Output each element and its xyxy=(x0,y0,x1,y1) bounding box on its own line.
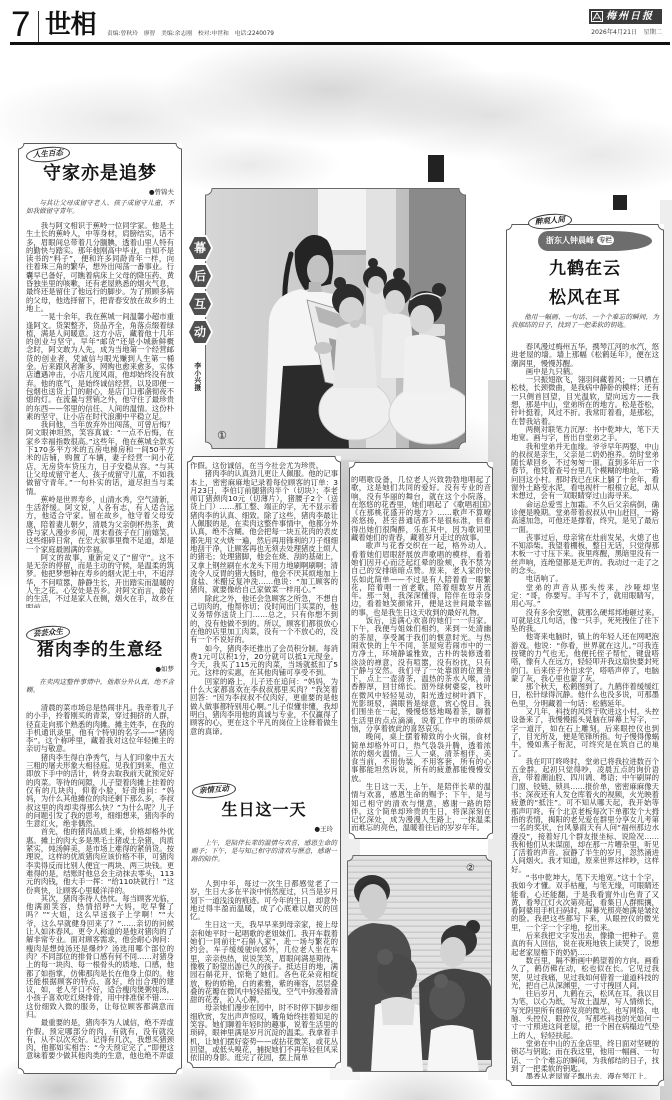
photo-number: ② xyxy=(466,864,475,874)
article-title-line-1: 九鹤在云 xyxy=(506,261,664,278)
paragraph: 猪肉李的认真劲儿更让人佩服。他的记事本上，密密麻麻地记录着每位顾客的订单：3月2… xyxy=(190,470,338,594)
paragraph: 又几年，科技的风终于吹进这小村。头控设备来了，我慢慢摇头晃脑在屏幕上写字，一字一… xyxy=(511,708,659,758)
column-banner: 浙东人钟晨峰专栏 xyxy=(538,231,652,251)
header-divider xyxy=(38,11,39,42)
article-body-continued: 的唱歌设备，几位老人兴致勃勃地唱起了歌，这是她们共同的爱好。没有专业的音响，没有… xyxy=(351,476,491,832)
paragraph: 堂弟在中山的五金店里，终日面对坚硬的锁芯与钥匙；而在我这里，他用一幅画、一句话、… xyxy=(511,1040,659,1073)
paragraph: 命运总爱雪上加霜。不久后父亲病倒，确诊便是晚期。堂弟带着叔叔从中山赶回，一路高速… xyxy=(511,501,659,534)
article-frame-right: 醉观人间 浙东人钟晨峰专栏 九鹤在云 松风在耳 他用一幅画、一句话、一个个难忘的… xyxy=(506,224,664,1086)
article-lead: 在卖肉这整件事情中，他都分外认真，绝不含糊。 xyxy=(26,678,174,694)
article-title: 猪肉李的生意经 xyxy=(18,642,182,659)
paragraph: 一晃十余年，我在蕉城一间温馨小超市重逢阿文。货架整齐，货品齐全，角落点缀着绿植，… xyxy=(26,313,174,421)
decorative-block xyxy=(428,155,444,182)
decorative-block xyxy=(613,195,627,210)
issue-date: 2026年4月21日 星期二 xyxy=(591,30,662,36)
paragraph: 生日这一天，我早早来到母亲家，接上母亲和她平时一起唱歌的老姐妹们。我开车载着她们… xyxy=(190,921,338,1004)
paragraph: 除此之外，他还会急顾客之所急，不想自己切肉的，他帮你切；没时间出门买菜的，他义务… xyxy=(190,595,338,645)
paragraph: 两侧对联笔力沉厚：书中乾坤大，笔下天地宽。画与字，皆出自堂弟之手。 xyxy=(511,426,659,443)
paragraph: 我在叮叮咚咚时，堂弟已将我拉进数百个五金群。起初只觉得吵，凌晨五点的询价语音，带… xyxy=(511,758,659,874)
paragraph: 猪肉李生得白净秀气，与人们印象中五大三粗的屠夫形象大相径庭。见我们到来，他立即放… xyxy=(26,754,174,829)
paragraph: 歌声与花香交织在一起，格外动人。看着她们眉眼舒展放声歌唱的模样，看着她们因开心而… xyxy=(351,542,491,617)
paragraph: 如今，猪肉李还推出了会员积分制。每消费1元可以积1分，20分就可以抵1元现金。今… xyxy=(190,645,338,678)
article-frame-left: 人生百态 守家亦是追梦 ●曾锦夫 与其让父母成留守老人、孩子成留守儿童，不如我做… xyxy=(18,143,182,1074)
paragraph: 没有多余安慰，就那么硬邦邦地砸过来。可就是这几句话，像一只手，死死拽住了往下坠的… xyxy=(511,609,659,634)
paragraph: 的唱歌设备，几位老人兴致勃勃地唱起了歌，这是她们共同的爱好。没有专业的音响，没有… xyxy=(351,476,491,542)
article-author: ●王玲 xyxy=(314,826,333,833)
logo-emblem-icon xyxy=(591,11,603,22)
photo-teachers-with-children xyxy=(347,855,492,1072)
paragraph: 后来我把文字发出去，像撒一把种子。竟真的有人回信，说在夜班地铁上读哭了，说想起老… xyxy=(511,932,659,957)
paragraph: 阿文的故事，重新定义了“留守”。这不是无奈的停留，而是主动的守候，是温柔的筑梦。… xyxy=(26,554,174,608)
article-author: ●曾锦夫 xyxy=(149,189,174,196)
section-title: 世相 xyxy=(45,12,96,38)
article-title: 守家亦是追梦 xyxy=(18,165,182,183)
paragraph: 数百里，隔不断画中鹤望着的方向。画看久了，鹤仿佛在动，松也似在长。它见过我哭，见… xyxy=(511,957,659,990)
article-body: 我与阿文相识于蕉岭一位同学家。他是土生土长的蕉岭人，中等身材，肩膀结实，话不多，… xyxy=(26,222,174,608)
newspaper-logo: 梅州日报 xyxy=(589,9,662,24)
article-title-line-2: 松风在耳 xyxy=(506,290,664,307)
article-frame-middle-left: 作假。这份诚信，在当今社会尤为珍贵。 猪肉李的认真劲儿更让人佩服。他的记事本上，… xyxy=(187,456,341,1068)
article-body: 春风漫过梅州五华，携琴江河的水汽，悠进老屋的墙。墙上那幅《松鹤延年》，便在这潮润… xyxy=(511,343,659,1079)
column-name: 浙东人钟晨峰 xyxy=(546,236,594,245)
paragraph: 那个秋天，松鹤图到了。九鹤伴着缓缓红日，松针绿得沉静。他什么也没多说，可那墨色里… xyxy=(511,683,659,708)
paragraph: 墨香从老屋窗子飘出去，漫在琴江上。 xyxy=(511,1073,659,1079)
paragraph: 清晨的菜市场总是热闹非凡。我牵着儿子的小手，拎着刚买的青菜，穿过拥挤的人群，径直… xyxy=(26,704,174,754)
paragraph: 春风漫过梅州五华，携琴江河的水汽，悠进老屋的墙。墙上那幅《松鹤延年》，便在这潮润… xyxy=(511,343,659,368)
paragraph: 我和堂弟并无血缘。爷爷早年两娶，中山的叔叔是亲生，父亲是二奶奶抱养。幼时堂弟随长… xyxy=(511,443,659,501)
badge-char: 互 xyxy=(189,293,211,315)
article-lead: 与其让父母成留守老人、孩子成留守儿童，不如我做留守青年。 xyxy=(26,199,174,215)
paragraph: 他寄来电脑时，镇上的年轻人还在网吧泡游戏。他说：“你看，世界就在这儿。”可我连按… xyxy=(511,633,659,683)
paragraph: 蕉岭是世界寿乡，山清水秀，空气清新，生活舒缓。阿文说，人各有志，有人适合远方，他… xyxy=(26,496,174,554)
staff-credits: 责编:曾秋玲 廖智 美编:余志刚 校对:申世和 电话:2240079 xyxy=(107,32,274,38)
paragraph: 我问他，当年放弃外出闯荡，可曾后悔？阿文眼神坦然，笑容真诚：“一点不后悔，在家乡… xyxy=(26,421,174,496)
article-body: 人到中年，每过一次生日都感觉老了一岁，生日大多在平淡中悄然度过，只当是岁月划下一… xyxy=(190,880,338,1062)
paragraph: 丧事过后，母亲常在灶前发呆，火熄了也不知添柴。我望着棚板，整日无话，只觉得那木板… xyxy=(511,534,659,575)
paragraph: 母亲她们漫步在园中，时不时停下脚步细细欣赏，发出声声惊叹，嘴角始终挂着知足的笑容… xyxy=(190,1004,338,1062)
article-author: ●如梦 xyxy=(155,666,174,673)
column-suffix: 专栏 xyxy=(597,235,614,245)
paragraph: 回家的路上，儿子还在追问：“妈妈，为什么大家都喜欢在李叔叔那里买肉？”我笑着回答… xyxy=(190,678,338,736)
photo-credit: 李小兴摄 xyxy=(193,362,200,391)
page-number: 7 xyxy=(11,7,30,42)
paragraph: 最重要的是，猪肉李为人诚信，绝不弄虚作假。预定哪部分的肉，有就有，没有就没有，从… xyxy=(26,1019,174,1060)
logo-text: 梅州日报 xyxy=(606,12,654,22)
badge-char: 幕 xyxy=(189,237,211,259)
paragraph: 其次，猪肉李待人热忱。每当顾客光临，他满面笑容，热情招呼“大妈，吃早餐了吗？”“… xyxy=(26,895,174,1019)
article-lead: 上午，是陪伴长辈的温情与欢喜，感恩生命的赐予；下午，是与知己相守的清欢与惬意，感… xyxy=(191,839,337,864)
paragraph: 一只振翅欲飞，翎羽间藏着风；一只栖在松枝，长颈微曲，是我病中静卧的模样；还有一只… xyxy=(511,376,659,426)
header-rule xyxy=(10,42,670,45)
paragraph: 往后岁月，九鹤在云，松风在耳。我以目为笔，以心为纸，写故土温厚，写人情绵长，写光… xyxy=(511,990,659,1040)
article-frame-middle-right: 的唱歌设备，几位老人兴致勃勃地唱起了歌，这是她们共同的爱好。没有专业的音响，没有… xyxy=(349,462,493,839)
article-body: 清晨的菜市场总是热闹非凡。我牵着儿子的小手，拎着刚买的青菜，穿过拥挤的人群，径直… xyxy=(26,704,174,1068)
paragraph: 人到中年，每过一次生日都感觉老了一岁，生日大多在平淡中悄然度过，只当是岁月划下一… xyxy=(190,880,338,921)
paragraph: 晚间，桌上摆着精致的小火锅，食材简单却格外可口，热气袅袅升腾，透着浓浓的烟火温情… xyxy=(351,733,491,783)
paragraph: “书中乾坤大，笔下天地宽。”这十个字，我如今才懂。双手枯瘦，与笔无缘，可眼睛还能… xyxy=(511,874,659,932)
badge-char: 动 xyxy=(189,321,211,343)
paragraph: 首先，他的猪肉品质上乘，价格却格外优惠。摊上的肉大多是黑毛土猪或土杂猪，肉质紧实… xyxy=(26,828,174,894)
paragraph: 堂弟的声音从那头传来，沙哑却坚定：“哥，你要写。手写不了，就用眼睛写，用心写。” xyxy=(511,584,659,609)
paragraph: 我与阿文相识于蕉岭一位同学家。他是土生土长的蕉岭人，中等身材，肩膀结实，话不多，… xyxy=(26,222,174,313)
photo-teacher-with-dancers xyxy=(205,188,466,449)
article-lead: 他用一幅画、一句话、一个个难忘的瞬间，为我郁结的日子，找到了一把柔软的钥匙。 xyxy=(511,313,659,329)
article-body-continued: 作假。这份诚信，在当今社会尤为珍贵。 猪肉李的认真劲儿更让人佩服。他的记事本上，… xyxy=(190,462,338,778)
badge-char: 后 xyxy=(189,265,211,287)
paragraph: 生日这一天，上午，是陪伴长辈的温情与欢喜，感恩生命的赐予；下午，是与知己相守的清… xyxy=(351,783,491,832)
article-title: 生日这一天 xyxy=(187,802,341,818)
paragraph: 饭后，送满心欢喜的她们一一归家。下午，我便与姐妹们相约，来到一处清幽的茶屋，享受… xyxy=(351,617,491,733)
photo-number: ① xyxy=(217,430,227,441)
